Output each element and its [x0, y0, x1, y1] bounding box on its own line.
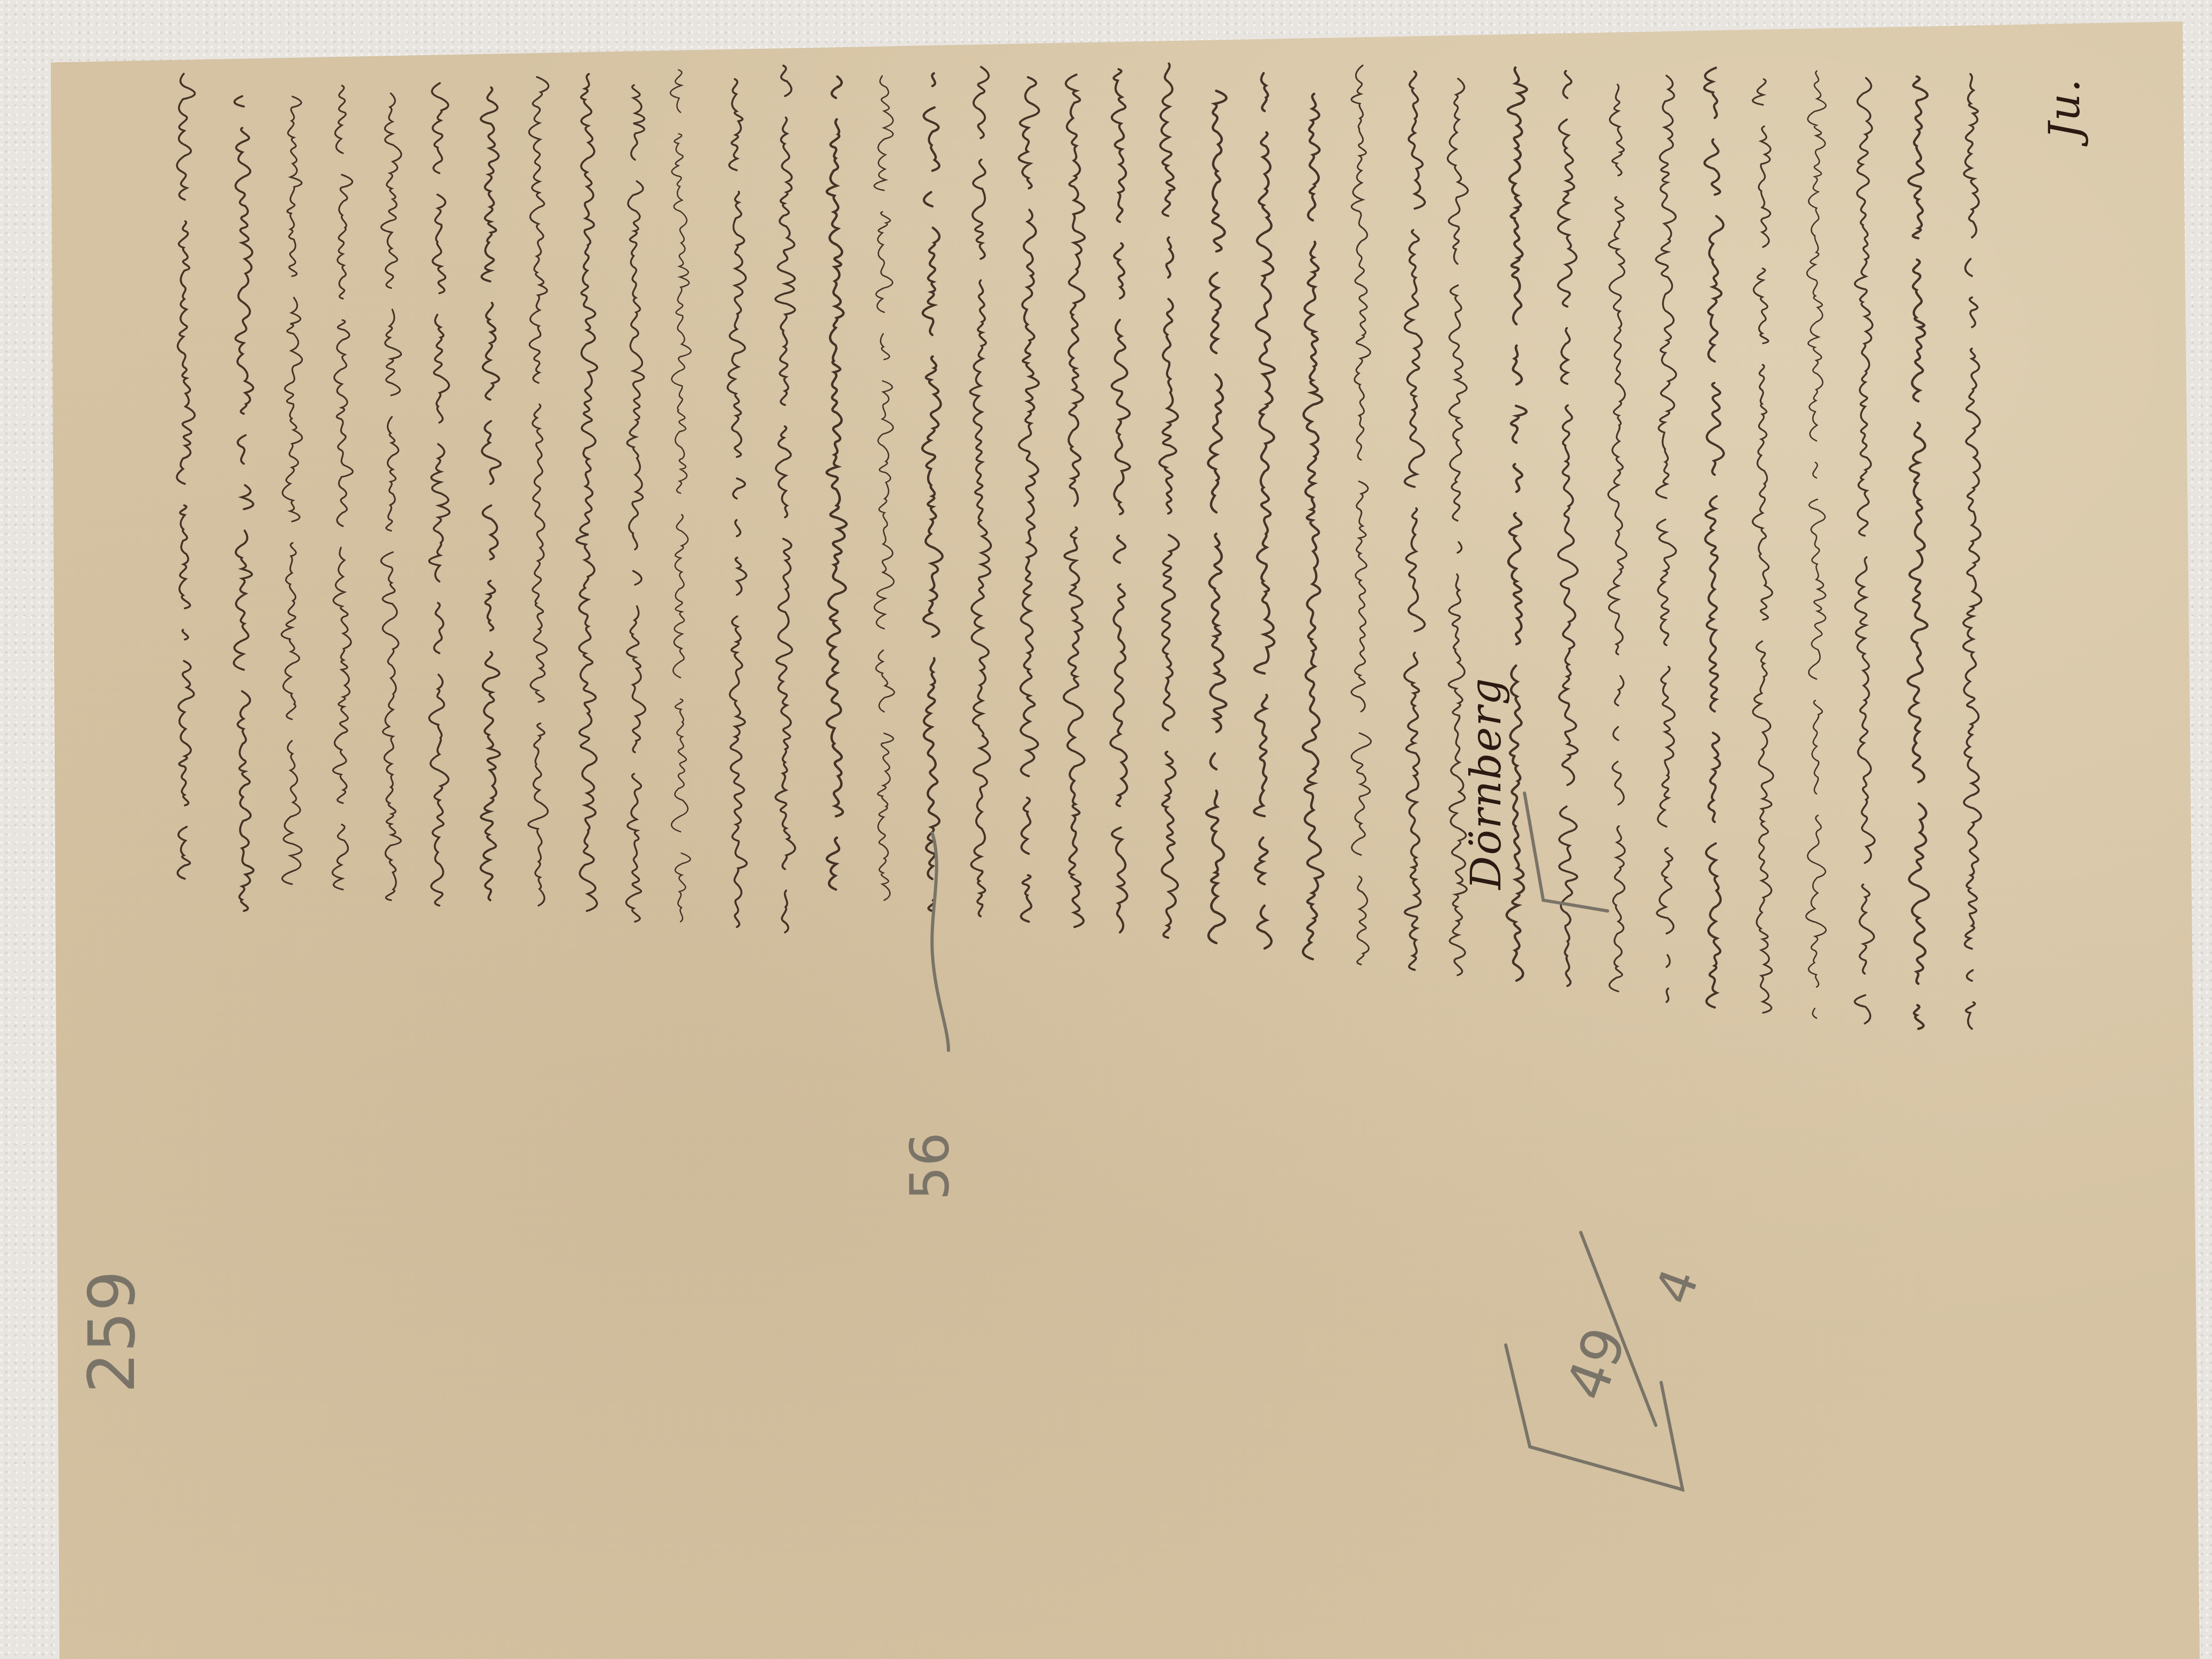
folio-number: 259	[75, 1271, 150, 1393]
manuscript-ink-layer: Dörnberg Ju. 259 56 49 4	[0, 0, 2212, 1659]
handwriting-line	[1806, 71, 1826, 1018]
margin-number: 56	[899, 1132, 961, 1200]
handwriting-line	[827, 77, 847, 890]
handwriting-line	[775, 65, 795, 932]
handwriting-line	[481, 87, 500, 900]
fraction-denominator: 4	[1644, 1261, 1710, 1311]
handwriting-line	[1608, 63, 1627, 991]
handwriting-line	[528, 77, 549, 906]
handwriting-line	[1404, 71, 1425, 970]
handwriting-line	[429, 62, 450, 906]
handwriting-line	[626, 64, 646, 922]
handwriting-line	[177, 74, 195, 879]
handwriting-line	[1963, 74, 1982, 1029]
handwriting-line	[970, 67, 991, 916]
boxed-fraction-annotation: 49 4	[1506, 1232, 1710, 1490]
fraction-numerator: 49	[1553, 1319, 1639, 1408]
handwriting-line	[1064, 74, 1085, 927]
handwriting-line	[381, 93, 401, 900]
handwriting-line	[1303, 72, 1323, 959]
handwriting-line	[1160, 64, 1179, 938]
handwriting-line	[281, 96, 302, 884]
handwriting-line	[1753, 79, 1774, 1013]
handwriting-line	[1705, 68, 1724, 1007]
handwriting-line	[670, 70, 691, 922]
handwriting-line	[1254, 73, 1274, 948]
handwriting-lines	[177, 62, 1982, 1029]
pencil-bracket	[1525, 793, 1608, 911]
handwriting-line	[577, 74, 597, 911]
handwriting-line	[1656, 76, 1676, 1002]
handwriting-line	[332, 86, 353, 890]
handwriting-line	[1908, 77, 1929, 1029]
handwriting-line	[234, 96, 253, 911]
handwriting-line	[874, 76, 894, 900]
closing-mark: Ju.	[2039, 78, 2089, 147]
handwriting-line	[1351, 65, 1371, 965]
handwriting-line	[1206, 69, 1226, 943]
handwriting-line	[1110, 69, 1130, 932]
handwriting-line	[1558, 71, 1578, 986]
handwriting-line	[728, 79, 747, 927]
handwriting-line	[922, 73, 943, 911]
word-doernberg: Dörnberg	[1462, 677, 1511, 891]
handwriting-line	[1855, 78, 1874, 1023]
handwriting-line	[1019, 77, 1039, 922]
